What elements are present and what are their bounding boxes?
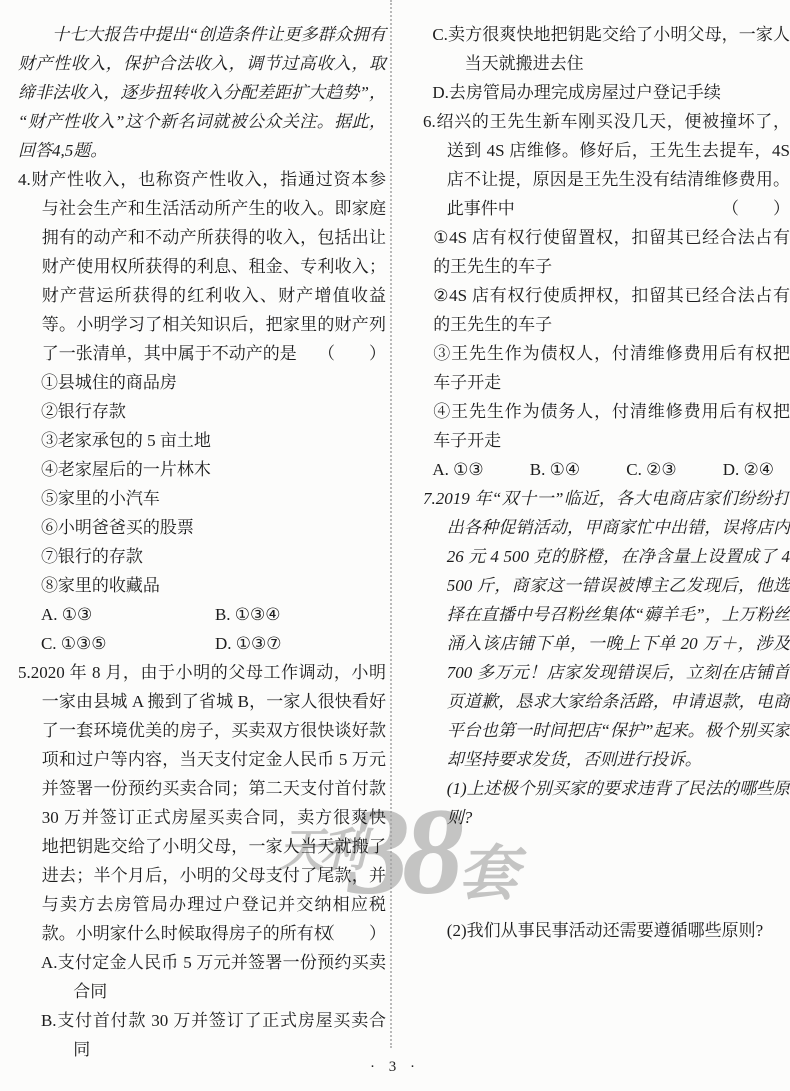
question-4: 4.财产性收入，也称资产性收入，指通过资本参与社会生产和生活活动所产生的收入。即… — [18, 165, 386, 658]
question-4-options: A. ①③ B. ①③④ C. ①③⑤ D. ①③⑦ — [41, 600, 386, 658]
sub-question-1: (1)上述极个别买家的要求违背了民法的哪些原则? — [447, 774, 790, 832]
answer-bracket: （ ） — [342, 919, 386, 948]
question-6: 6.绍兴的王先生新车刚买没几天，便被撞坏了，送到 4S 店维修。修好后，王先生去… — [423, 107, 790, 484]
list-item: ⑦银行的存款 — [41, 542, 386, 571]
intro-paragraph: 十七大报告中提出“创造条件让更多群众拥有财产性收入，保护合法收入，调节过高收入，… — [18, 20, 386, 165]
option-d: D.去房管局办理完成房屋过户登记手续 — [432, 78, 790, 107]
question-number: 5. — [18, 663, 31, 682]
page-number: · 3 · — [0, 1053, 790, 1082]
answer-bracket: （ ） — [342, 339, 386, 368]
sub-question-2: (2)我们从事民事活动还需要遵循哪些原则? — [447, 916, 790, 945]
page-body: 十七大报告中提出“创造条件让更多群众拥有财产性收入，保护合法收入，调节过高收入，… — [0, 0, 790, 1064]
question-5-options-continued: C.卖方很爽快地把钥匙交给了小明父母，一家人当天就搬进去住 D.去房管局办理完成… — [423, 20, 790, 107]
answer-space — [423, 832, 790, 916]
question-4-items: ①县城住的商品房 ②银行存款 ③老家承包的 5 亩土地 ④老家屋后的一片林木 ⑤… — [18, 368, 386, 600]
answer-bracket: （ ） — [746, 194, 790, 223]
list-item: ④王先生作为债务人，付清维修费用后有权把车子开走 — [433, 397, 790, 455]
question-number: 7. — [423, 489, 436, 508]
option-c: C. ①③⑤ — [41, 629, 215, 658]
question-number: 6. — [423, 112, 436, 131]
option-a: A. ①③ — [41, 600, 215, 629]
question-6-options: A. ①③ B. ①④ C. ②③ D. ②④ — [432, 455, 790, 484]
option-c: C. ②③ — [626, 455, 676, 484]
list-item: ④老家屋后的一片林木 — [41, 455, 386, 484]
option-c: C.卖方很爽快地把钥匙交给了小明父母，一家人当天就搬进去住 — [432, 20, 790, 78]
option-a: A. ①③ — [432, 455, 483, 484]
list-item: ①县城住的商品房 — [41, 368, 386, 397]
right-column: C.卖方很爽快地把钥匙交给了小明父母，一家人当天就搬进去住 D.去房管局办理完成… — [423, 20, 790, 1064]
option-d: D. ①③⑦ — [215, 629, 386, 658]
option-d: D. ②④ — [723, 455, 774, 484]
list-item: ①4S 店有权行使留置权，扣留其已经合法占有的王先生的车子 — [433, 223, 790, 281]
question-4-stem: 4.财产性收入，也称资产性收入，指通过资本参与社会生产和生活活动所产生的收入。即… — [18, 165, 386, 368]
question-5: 5.2020 年 8 月，由于小明的父母工作调动，小明一家由县城 A 搬到了省城… — [18, 658, 386, 1064]
list-item: ⑤家里的小汽车 — [41, 484, 386, 513]
option-b: B. ①④ — [530, 455, 580, 484]
list-item: ③老家承包的 5 亩土地 — [41, 426, 386, 455]
list-item: ⑧家里的收藏品 — [41, 571, 386, 600]
option-b: B. ①③④ — [215, 600, 386, 629]
question-6-stem: 6.绍兴的王先生新车刚买没几天，便被撞坏了，送到 4S 店维修。修好后，王先生去… — [423, 107, 790, 223]
left-column: 十七大报告中提出“创造条件让更多群众拥有财产性收入，保护合法收入，调节过高收入，… — [18, 20, 386, 1064]
option-a: A.支付定金人民币 5 万元并签署一份预约买卖合同 — [41, 948, 386, 1006]
question-5-stem: 5.2020 年 8 月，由于小明的父母工作调动，小明一家由县城 A 搬到了省城… — [18, 658, 386, 948]
list-item: ②4S 店有权行使质押权，扣留其已经合法占有的王先生的车子 — [433, 281, 790, 339]
question-number: 4. — [18, 170, 31, 189]
question-6-items: ①4S 店有权行使留置权，扣留其已经合法占有的王先生的车子 ②4S 店有权行使质… — [423, 223, 790, 455]
question-7-stem: 7.2019 年“双十一”临近，各大电商店家们纷纷打出各种促销活动，甲商家忙中出… — [423, 484, 790, 774]
list-item: ②银行存款 — [41, 397, 386, 426]
list-item: ⑥小明爸爸买的股票 — [41, 513, 386, 542]
question-7: 7.2019 年“双十一”临近，各大电商店家们纷纷打出各种促销活动，甲商家忙中出… — [423, 484, 790, 945]
list-item: ③王先生作为债权人，付清维修费用后有权把车子开走 — [433, 339, 790, 397]
